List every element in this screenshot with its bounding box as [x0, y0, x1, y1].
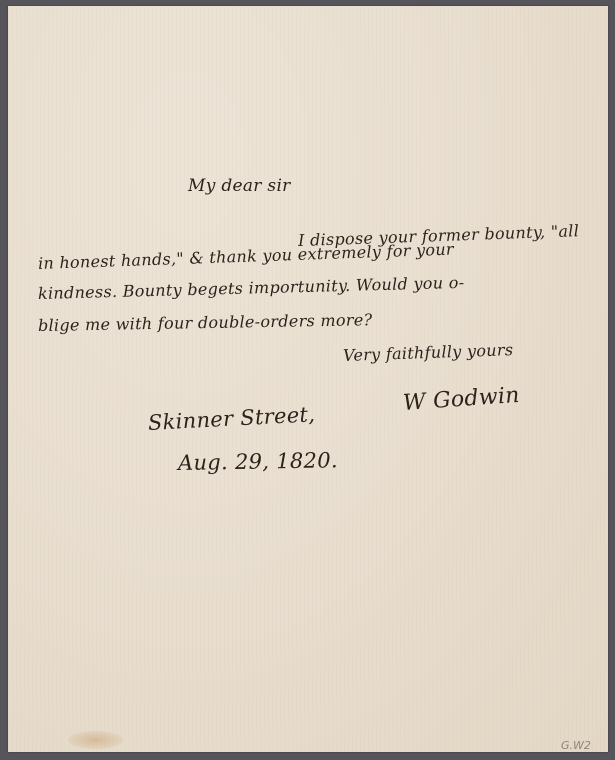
address: Skinner Street, [147, 402, 315, 435]
paper-stain [68, 731, 123, 749]
body-line-4: blige me with four double-orders more? [38, 310, 373, 335]
salutation: My dear sir [188, 176, 291, 196]
letter-page: My dear sir I dispose your former bounty… [8, 6, 608, 752]
signature: W Godwin [402, 383, 520, 416]
closing: Very faithfully yours [343, 340, 514, 365]
catalog-mark: G.W2 [561, 739, 591, 752]
body-line-2: in honest hands," & thank you extremely … [38, 239, 454, 273]
body-line-3: kindness. Bounty begets importunity. Wou… [38, 273, 465, 303]
date: Aug. 29, 1820. [178, 448, 338, 475]
